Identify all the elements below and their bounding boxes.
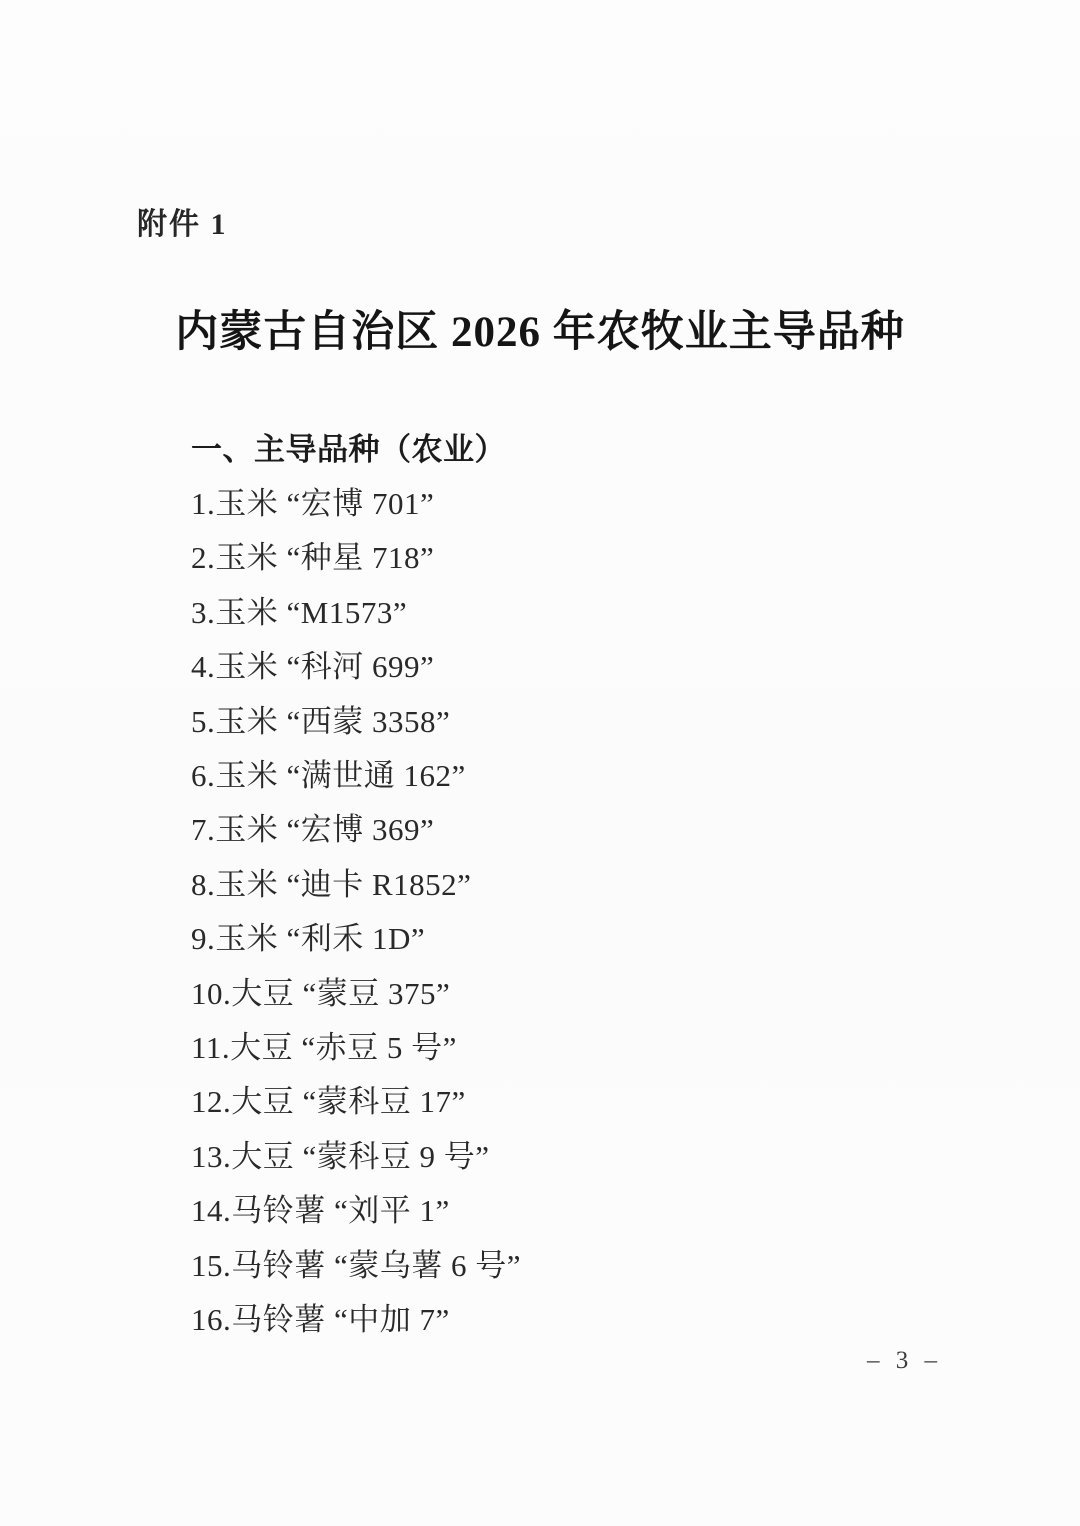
list-item: 9.玉米 “利禾 1D” <box>191 909 1020 963</box>
attachment-label: 附件 1 <box>137 199 228 243</box>
list-item: 12.大豆 “蒙科豆 17” <box>191 1072 1020 1126</box>
document-page: 附件 1 内蒙古自治区 2026 年农牧业主导品种 一、主导品种（农业） 1.玉… <box>0 0 1080 1526</box>
variety-list: 1.玉米 “宏博 701”2.玉米 “种星 718”3.玉米 “M1573”4.… <box>191 473 1020 1343</box>
document-body: 一、主导品种（农业） 1.玉米 “宏博 701”2.玉米 “种星 718”3.玉… <box>191 419 1020 1344</box>
list-item: 7.玉米 “宏博 369” <box>191 800 1020 854</box>
list-item: 3.玉米 “M1573” <box>191 582 1020 636</box>
list-item: 14.马铃薯 “刘平 1” <box>191 1180 1020 1234</box>
list-item: 4.玉米 “科河 699” <box>191 637 1020 691</box>
list-item: 2.玉米 “种星 718” <box>191 528 1020 582</box>
section-heading: 一、主导品种（农业） <box>191 419 1020 473</box>
list-item: 13.大豆 “蒙科豆 9 号” <box>191 1126 1020 1180</box>
page-number: – 3 – <box>867 1347 942 1375</box>
page-title: 内蒙古自治区 2026 年农牧业主导品种 <box>0 298 1080 359</box>
list-item: 10.大豆 “蒙豆 375” <box>191 963 1020 1017</box>
list-item: 15.马铃薯 “蒙乌薯 6 号” <box>191 1235 1020 1289</box>
list-item: 1.玉米 “宏博 701” <box>191 473 1020 527</box>
list-item: 5.玉米 “西蒙 3358” <box>191 691 1020 745</box>
list-item: 8.玉米 “迪卡 R1852” <box>191 854 1020 908</box>
list-item: 6.玉米 “满世通 162” <box>191 745 1020 799</box>
list-item: 11.大豆 “赤豆 5 号” <box>191 1017 1020 1071</box>
list-item: 16.马铃薯 “中加 7” <box>191 1289 1020 1343</box>
